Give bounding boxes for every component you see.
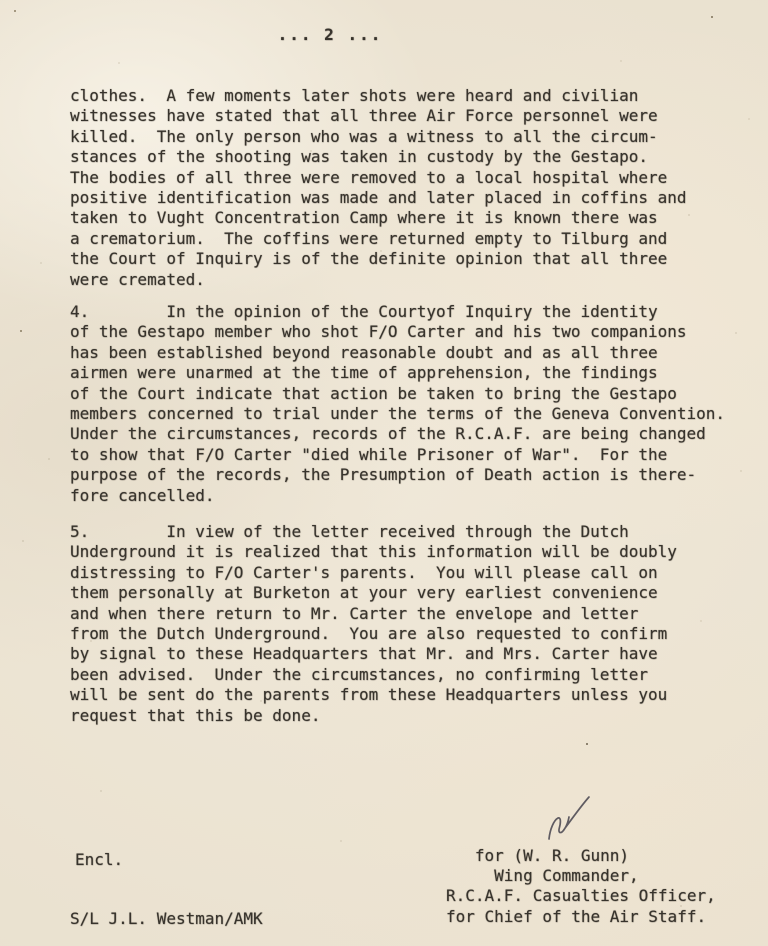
- paper-speckles: [0, 0, 2, 2]
- enclosure-note: Encl.: [75, 850, 123, 870]
- signature-block: for (W. R. Gunn) Wing Commander, R.C.A.F…: [446, 846, 716, 927]
- paragraph-4: 4. In the opinion of the Courtyof Inquir…: [70, 302, 725, 506]
- paragraph-5: 5. In view of the letter received throug…: [70, 522, 677, 726]
- scanned-letter-page: ... 2 ... clothes. A few moments later s…: [0, 0, 768, 946]
- reference-initials: S/L J.L. Westman/AMK: [70, 909, 263, 929]
- paragraph-continuation: clothes. A few moments later shots were …: [70, 86, 687, 290]
- handwritten-initials-icon: [540, 794, 600, 846]
- page-number: ... 2 ...: [240, 25, 420, 45]
